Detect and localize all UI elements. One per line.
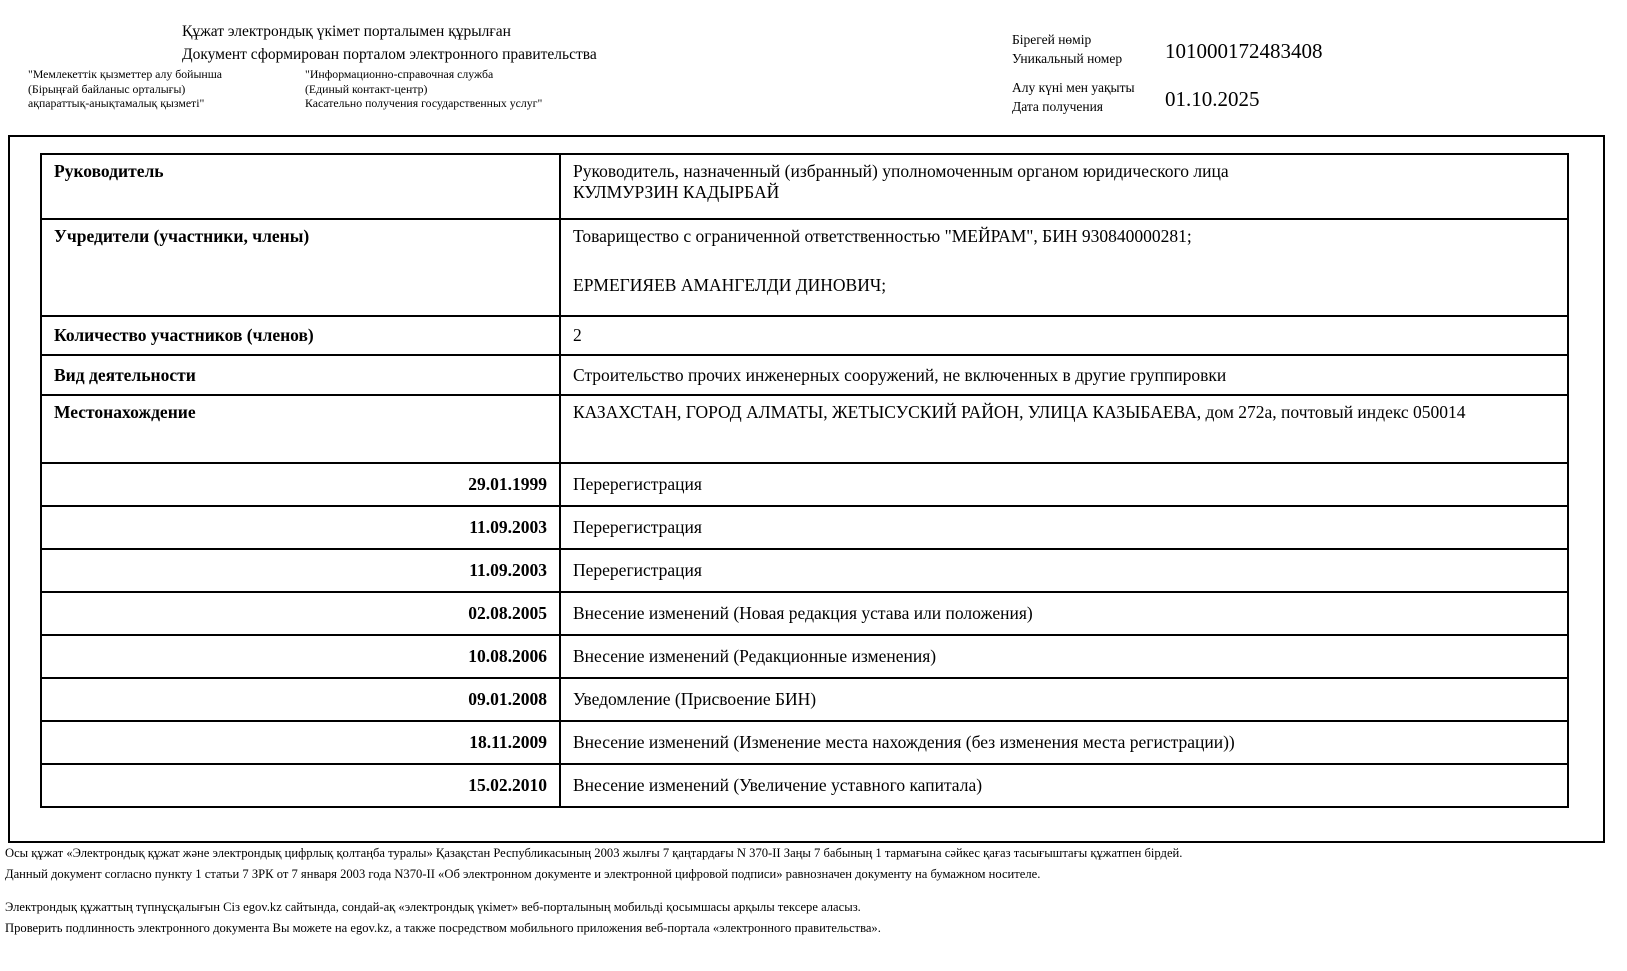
service-name-ru: "Информационно-справочная служба (Единый… xyxy=(305,67,575,111)
unique-number-label: Бірегей нөмір Уникальный номер xyxy=(1012,30,1162,68)
history-row: 11.09.2003 Перерегистрация xyxy=(41,549,1568,592)
history-date: 11.09.2003 xyxy=(41,549,560,592)
row-label: Местонахождение xyxy=(41,395,560,463)
receive-date-value: 01.10.2025 xyxy=(1165,87,1260,112)
portal-title-kk: Құжат электрондық үкімет порталымен құры… xyxy=(182,20,597,43)
row-value: 2 xyxy=(560,316,1568,355)
history-event: Внесение изменений (Редакционные изменен… xyxy=(560,635,1568,678)
history-row: 02.08.2005 Внесение изменений (Новая ред… xyxy=(41,592,1568,635)
table-row-founders: Учредители (участники, члены) Товарищест… xyxy=(41,219,1568,316)
portal-title: Құжат электрондық үкімет порталымен құры… xyxy=(182,20,597,66)
receive-date-label-kk: Алу күні мен уақыты xyxy=(1012,78,1162,97)
unique-number-label-ru: Уникальный номер xyxy=(1012,49,1162,68)
row-label: Учредители (участники, члены) xyxy=(41,219,560,316)
history-date: 29.01.1999 xyxy=(41,463,560,506)
footer-verify-paragraph: Электрондық құжаттың түпнұсқалығын Сіз e… xyxy=(5,897,1615,938)
history-event: Внесение изменений (Новая редакция устав… xyxy=(560,592,1568,635)
table-row-activity: Вид деятельности Строительство прочих ин… xyxy=(41,355,1568,395)
row-value: Строительство прочих инженерных сооружен… xyxy=(560,355,1568,395)
row-label: Количество участников (членов) xyxy=(41,316,560,355)
row-label: Руководитель xyxy=(41,154,560,219)
history-date: 11.09.2003 xyxy=(41,506,560,549)
history-row: 15.02.2010 Внесение изменений (Увеличени… xyxy=(41,764,1568,807)
history-event: Внесение изменений (Изменение места нахо… xyxy=(560,721,1568,764)
table-row-head: Руководитель Руководитель, назначенный (… xyxy=(41,154,1568,219)
egov-document-page: Құжат электрондық үкімет порталымен құры… xyxy=(0,0,1627,971)
founder-item: Товарищество с ограниченной ответственно… xyxy=(573,226,1555,247)
history-event: Перерегистрация xyxy=(560,549,1568,592)
founder-item: ЕРМЕГИЯЕВ АМАНГЕЛДИ ДИНОВИЧ; xyxy=(573,275,1555,296)
row-value: Руководитель, назначенный (избранный) уп… xyxy=(560,154,1568,219)
history-row: 29.01.1999 Перерегистрация xyxy=(41,463,1568,506)
history-event: Перерегистрация xyxy=(560,506,1568,549)
receive-date-label-ru: Дата получения xyxy=(1012,97,1162,116)
history-event: Уведомление (Присвоение БИН) xyxy=(560,678,1568,721)
table-row-location: Местонахождение КАЗАХСТАН, ГОРОД АЛМАТЫ,… xyxy=(41,395,1568,463)
row-label: Вид деятельности xyxy=(41,355,560,395)
row-value: Товарищество с ограниченной ответственно… xyxy=(560,219,1568,316)
history-row: 11.09.2003 Перерегистрация xyxy=(41,506,1568,549)
history-date: 09.01.2008 xyxy=(41,678,560,721)
history-row: 09.01.2008 Уведомление (Присвоение БИН) xyxy=(41,678,1568,721)
history-event: Внесение изменений (Увеличение уставного… xyxy=(560,764,1568,807)
portal-title-ru: Документ сформирован порталом электронно… xyxy=(182,43,597,66)
service-name-kk: "Мемлекеттік қызметтер алу бойынша (Біры… xyxy=(28,67,298,111)
footer-verify-ru: Проверить подлинность электронного докум… xyxy=(5,918,1615,939)
footer-verify-kk: Электрондық құжаттың түпнұсқалығын Сіз e… xyxy=(5,897,1615,918)
history-row: 10.08.2006 Внесение изменений (Редакцион… xyxy=(41,635,1568,678)
entity-info-table: Руководитель Руководитель, назначенный (… xyxy=(40,153,1569,808)
history-date: 10.08.2006 xyxy=(41,635,560,678)
history-event: Перерегистрация xyxy=(560,463,1568,506)
history-date: 02.08.2005 xyxy=(41,592,560,635)
history-row: 18.11.2009 Внесение изменений (Изменение… xyxy=(41,721,1568,764)
unique-number-value: 101000172483408 xyxy=(1165,39,1323,64)
history-date: 15.02.2010 xyxy=(41,764,560,807)
history-date: 18.11.2009 xyxy=(41,721,560,764)
receive-date-label: Алу күні мен уақыты Дата получения xyxy=(1012,78,1162,116)
footer-law-kk: Осы құжат «Электрондық құжат және электр… xyxy=(5,843,1615,864)
footer-law-paragraph: Осы құжат «Электрондық құжат және электр… xyxy=(5,843,1615,884)
row-value: КАЗАХСТАН, ГОРОД АЛМАТЫ, ЖЕТЫСУСКИЙ РАЙО… xyxy=(560,395,1568,463)
footer-law-ru: Данный документ согласно пункту 1 статьи… xyxy=(5,864,1615,885)
table-row-member-count: Количество участников (членов) 2 xyxy=(41,316,1568,355)
unique-number-label-kk: Бірегей нөмір xyxy=(1012,30,1162,49)
